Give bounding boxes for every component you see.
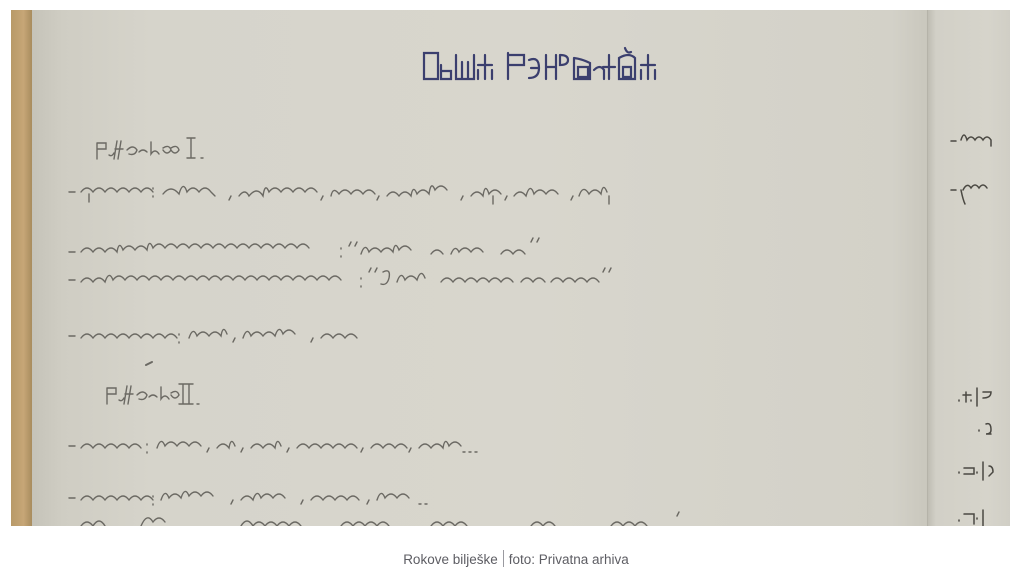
caption-title: Rokove bilješke <box>403 552 498 567</box>
article-photo[interactable] <box>11 10 1010 526</box>
notes-line-4 <box>69 329 357 343</box>
section-heading-1 <box>97 138 203 159</box>
notes-line-1 <box>69 186 609 204</box>
caption-separator <box>503 550 504 567</box>
notes-line-6 <box>69 491 427 505</box>
notes-line-3 <box>69 268 611 287</box>
notes-line-5 <box>69 441 477 453</box>
photo-caption: Rokove bilješkefoto: Privatna arhiva <box>0 550 1032 567</box>
section-heading-2 <box>107 384 199 404</box>
handwriting-strokes <box>11 10 1010 526</box>
caption-credit: foto: Privatna arhiva <box>509 552 629 567</box>
handwritten-title <box>424 48 655 79</box>
right-page-handwriting <box>951 135 993 526</box>
notes-line-7 <box>81 512 679 526</box>
notes-line-2 <box>69 238 539 257</box>
